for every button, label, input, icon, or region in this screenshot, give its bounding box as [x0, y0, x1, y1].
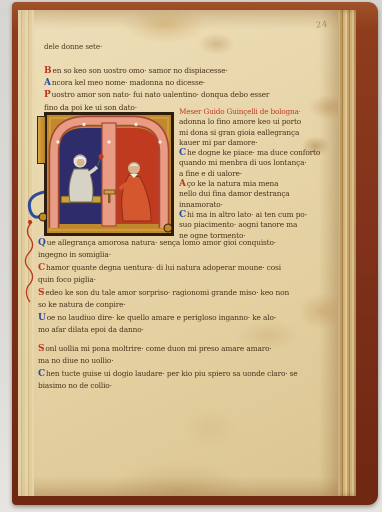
- folio-number: 24: [316, 19, 329, 29]
- text-line: Chen tucte guise ui dogio laudare· per k…: [38, 368, 338, 380]
- line-text: fino da poi ke ui son dato·: [44, 103, 137, 112]
- text-line: Que allegrança amorosa natura· sença lom…: [38, 237, 338, 249]
- line-text: ço ke la natura mia mena: [187, 179, 279, 188]
- line-text: ingegno in somiglia·: [38, 250, 111, 259]
- line-text: kauer mi par damore·: [179, 138, 258, 147]
- line-text: quando mi menbra di uos lontança·: [179, 158, 307, 167]
- line-text: mi dona si gran gioia eallegrança: [179, 128, 299, 137]
- paragraph-initial: C: [38, 263, 45, 273]
- line-text: ue allegrança amorosa natura· sença lomo…: [47, 238, 276, 247]
- text-line: a fine e di ualore·: [179, 169, 331, 179]
- text-line: Che dogne ke piace· ma duce conforto: [179, 148, 331, 158]
- paragraph-initial: S: [38, 344, 44, 354]
- fore-edge-page-stack: [338, 10, 356, 496]
- line-text: uostro amor son nato· fui nato ualentino…: [52, 90, 270, 99]
- paragraph-initial: C: [179, 210, 186, 220]
- illuminated-initial-miniature: [44, 112, 174, 236]
- stanza-entry: Sonl uollia mi pona moltrire· come duon …: [38, 343, 338, 366]
- line-text: biasimo no de collio·: [38, 381, 112, 390]
- line-text: quin foco piglia·: [38, 275, 96, 284]
- manuscript-photo: 24 dele donne sete· Ben so keo son uostr…: [0, 0, 382, 512]
- line-text: nello dui fina damor destrança: [179, 189, 290, 198]
- paragraph-initial: U: [38, 313, 46, 323]
- text-line: Aço ke la natura mia mena: [179, 179, 331, 189]
- text-line: nello dui fina damor destrança: [179, 189, 331, 199]
- letter-m-center-column: [102, 123, 116, 226]
- text-line: suo piacimento· aogni tanore ma: [179, 220, 331, 230]
- canzone-column: adonna lo fino amore keo ui portomi dona…: [179, 117, 331, 241]
- line-text: a fine e di ualore·: [179, 169, 242, 178]
- text-line: so ke natura de conpire·: [38, 299, 338, 310]
- paragraph-initial: S: [38, 288, 44, 298]
- text-line: Ancora kel meo nome· madonna no dicesse·: [44, 77, 269, 89]
- line-text: hen tucte guise ui dogio laudare· per ki…: [46, 369, 298, 378]
- line-text: adonna lo fino amore keo ui porto: [179, 117, 301, 126]
- text-line: biasimo no de collio·: [38, 380, 338, 391]
- text-line: Sonl uollia mi pona moltrire· come duon …: [38, 343, 338, 355]
- text-line: Sedeo ke son du tale amor sorpriso· ragi…: [38, 287, 338, 299]
- line-text: onl uollia mi pona moltrire· come duon m…: [45, 344, 271, 353]
- line-text: en so keo son uostro omo· samor no dispi…: [52, 66, 227, 75]
- stanza-entry: Chamor quante degna uentura· di lui natu…: [38, 262, 338, 285]
- stanza-entry: Uoe no laudiuo dire· ke quello amare e p…: [38, 312, 338, 335]
- line-text: edeo ke son du tale amor sorpriso· ragio…: [45, 288, 289, 297]
- text-line: Uoe no laudiuo dire· ke quello amare e p…: [38, 312, 338, 324]
- text-line: mi dona si gran gioia eallegrança: [179, 128, 331, 138]
- text-line: ma no diue no uollio·: [38, 355, 338, 366]
- line-text: hi ma in altro lato· ai ten cum po-: [187, 210, 307, 219]
- text-line: quando mi menbra di uos lontança·: [179, 158, 331, 168]
- text-line: mo afar dilata epoi da danno·: [38, 324, 338, 335]
- paragraph-initial: A: [179, 179, 186, 189]
- line-text: ncora kel meo nome· madonna no dicesse·: [52, 78, 205, 87]
- stanza-entry: Chen tucte guise ui dogio laudare· per k…: [38, 368, 338, 391]
- rubric-author: Meser Guido Guinçelli de bologna·: [179, 107, 331, 117]
- paragraph-initial: Q: [38, 238, 46, 248]
- paragraph-initial: P: [44, 90, 51, 100]
- body-text-block: Que allegrança amorosa natura· sença lom…: [38, 237, 338, 393]
- line-text: he dogne ke piace· ma duce conforto: [187, 148, 320, 157]
- text-line: Chamor quante degna uentura· di lui natu…: [38, 262, 338, 274]
- line-text: hamor quante degna uentura· di lui natur…: [46, 263, 281, 272]
- line-text: innamorato·: [179, 200, 223, 209]
- text-line: adonna lo fino amore keo ui porto: [179, 117, 331, 127]
- paragraph-initial: A: [44, 78, 51, 88]
- line-text: oe no laudiuo dire· ke quello amare e pe…: [47, 313, 276, 322]
- page-header: dele donne sete·: [44, 42, 102, 51]
- paragraph-initial: C: [38, 369, 45, 379]
- text-line: kauer mi par damore·: [179, 138, 331, 148]
- stanza-entry: Sedeo ke son du tale amor sorpriso· ragi…: [38, 287, 338, 310]
- text-line: Ben so keo son uostro omo· samor no disp…: [44, 65, 269, 77]
- sonnet-block: Ben so keo son uostro omo· samor no disp…: [44, 65, 269, 113]
- paragraph-initial: B: [44, 66, 51, 76]
- text-line: quin foco piglia·: [38, 274, 338, 285]
- stanza-entry: Que allegrança amorosa natura· sença lom…: [38, 237, 338, 260]
- text-line: ingegno in somiglia·: [38, 249, 338, 260]
- paragraph-initial: C: [179, 148, 186, 158]
- line-text: so ke natura de conpire·: [38, 300, 126, 309]
- line-text: ma no diue no uollio·: [38, 356, 113, 365]
- gold-bar-ornament: [37, 116, 46, 164]
- flower-icon: [98, 154, 103, 159]
- text-line: innamorato·: [179, 200, 331, 210]
- text-line: Puostro amor son nato· fui nato ualentin…: [44, 89, 269, 101]
- initial-m-artwork: [44, 112, 174, 236]
- line-text: mo afar dilata epoi da danno·: [38, 325, 144, 334]
- line-text: suo piacimento· aogni tanore ma: [179, 220, 297, 229]
- text-line: Chi ma in altro lato· ai ten cum po-: [179, 210, 331, 220]
- gold-ball-ornament: [164, 224, 172, 232]
